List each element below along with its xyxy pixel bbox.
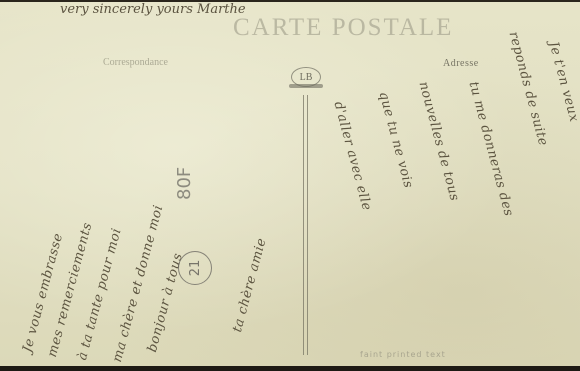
correspondance-label: Correspondance (103, 57, 168, 68)
handwritten-line: d'aller avec elle (331, 100, 375, 212)
handwritten-line: reponds de suite (506, 30, 551, 148)
handwritten-line: nouvelles de tous (416, 80, 462, 203)
circled-number-note: 21 (178, 251, 212, 285)
center-divider (303, 95, 308, 355)
scan-edge-bottom (0, 366, 580, 371)
handwritten-signoff: very sincerely yours Marthe (60, 2, 246, 17)
faint-bottom-stamp: faint printed text (360, 350, 446, 359)
handwritten-line: que tu ne vois (376, 90, 416, 190)
pencil-price-note: 80F (174, 167, 195, 200)
carte-postale-title: CARTE POSTALE (233, 14, 453, 42)
handwritten-line: tu me donneras des (466, 80, 516, 218)
publisher-logo-ribbon (289, 84, 323, 88)
handwritten-line: ta chère amie (230, 236, 270, 334)
address-label: Adresse (443, 58, 479, 69)
postcard: CARTE POSTALE Correspondance Adresse LB … (0, 0, 580, 366)
handwritten-line: Je t'en veux (546, 40, 580, 124)
